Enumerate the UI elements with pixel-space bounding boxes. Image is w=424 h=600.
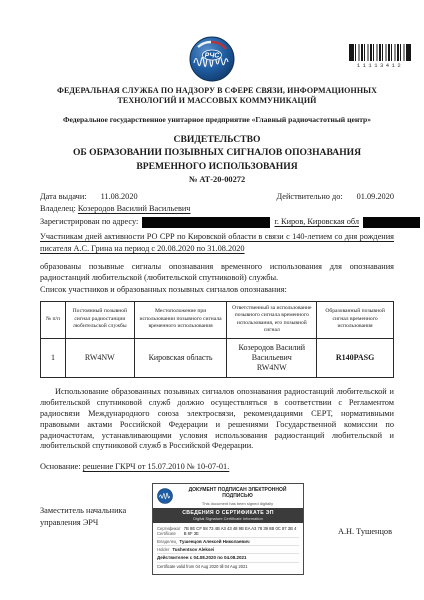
barcode-bars-icon bbox=[349, 44, 411, 61]
owner-row: Владелец: Козеродов Василий Васильевич bbox=[40, 203, 394, 215]
signer-name: А.Н. Тушенцов bbox=[304, 527, 394, 536]
document-number: № АТ-20-00272 bbox=[40, 175, 394, 184]
signer-position: Заместитель начальника управления ЭРЧ bbox=[40, 505, 152, 528]
col-header-formed-callsign: Образованный позывной сигнал временного … bbox=[317, 301, 394, 338]
basis-row: Основание: решение ГКРЧ от 15.07.2010 № … bbox=[40, 461, 394, 473]
address-value: г. Киров, Кировская обл bbox=[274, 215, 359, 228]
owner-label: Владелец: bbox=[40, 204, 76, 213]
stamp-title-en: This document has been signed digitally bbox=[176, 501, 299, 506]
holder-value-ru: Тушенцов Алексей Николаевич bbox=[179, 539, 249, 544]
basis-value: решение ГКРЧ от 15.07.2010 № 10-07-01. bbox=[83, 462, 230, 471]
barcode-number: 11113412 bbox=[348, 62, 412, 69]
signature-section: Заместитель начальника управления ЭРЧ ДО… bbox=[40, 483, 394, 575]
table-header-row: № п/п Постоянный позывной сигнал радиост… bbox=[41, 301, 394, 338]
stamp-title-ru: ДОКУМЕНТ ПОДПИСАН ЭЛЕКТРОННОЙ ПОДПИСЬЮ bbox=[176, 487, 299, 500]
table-row: 1 RW4NW Кировская область Козеродов Васи… bbox=[41, 338, 394, 377]
document-top: РЧС 11113412 bbox=[0, 0, 424, 86]
document-content: ФЕДЕРАЛЬНАЯ СЛУЖБА ПО НАДЗОРУ В СФЕРЕ СВ… bbox=[0, 86, 424, 575]
redaction-bar bbox=[142, 217, 270, 228]
certificate-document: РЧС 11113412 ФЕДЕРАЛЬНАЯ СЛУЖБА ПО НАДЗО… bbox=[0, 0, 424, 600]
responsible-name: Козеродов Василий Васильевич bbox=[239, 343, 306, 362]
owner-value: Козеродов Василий Васильевич bbox=[78, 204, 191, 213]
stamp-certificate-row: Сертификат Certificate 7B 8E CF 58 73 4B… bbox=[157, 525, 299, 538]
holder-label-ru: Владелец bbox=[157, 539, 176, 544]
validity-ru: Действителен с 04.08.2020 по 04.08.2021 bbox=[157, 555, 247, 561]
stamp-header: ДОКУМЕНТ ПОДПИСАН ЭЛЕКТРОННОЙ ПОДПИСЬЮ T… bbox=[153, 484, 303, 508]
stamp-cert-header: СВЕДЕНИЯ О СЕРТИФИКАТЕ ЭП Digital Signat… bbox=[153, 508, 303, 523]
basis-label: Основание: bbox=[40, 462, 81, 471]
stamp-validity-row-ru: Действителен с 04.08.2020 по 04.08.2021 bbox=[157, 554, 299, 563]
col-header-permanent-callsign: Постоянный позывной сигнал радиостанции … bbox=[65, 301, 134, 338]
validity-en: Certificate valid from 04 Aug 2020 till … bbox=[157, 564, 248, 569]
address-row: Зарегистрирован по адресу: г. Киров, Кир… bbox=[40, 215, 394, 228]
list-intro: Список участников и образованных позывны… bbox=[40, 284, 394, 296]
certificate-label-en: Certificate bbox=[157, 531, 176, 536]
cell-permanent-callsign: RW4NW bbox=[65, 338, 134, 377]
title-line-3: ВРЕМЕННОГО ИСПОЛЬЗОВАНИЯ bbox=[40, 160, 394, 174]
col-header-location: Местоположение при использовании позывно… bbox=[134, 301, 227, 338]
title-line-2: ОБ ОБРАЗОВАНИИ ПОЗЫВНЫХ СИГНАЛОВ ОПОЗНАВ… bbox=[40, 146, 394, 160]
rchc-logo-text: РЧС bbox=[205, 53, 221, 60]
redaction-bar bbox=[363, 217, 420, 228]
certificate-label: Сертификат Certificate bbox=[157, 526, 181, 536]
stamp-body: Сертификат Certificate 7B 8E CF 58 73 4B… bbox=[153, 523, 303, 574]
digital-signature-stamp: ДОКУМЕНТ ПОДПИСАН ЭЛЕКТРОННОЙ ПОДПИСЬЮ T… bbox=[152, 483, 304, 575]
agency-header: ФЕДЕРАЛЬНАЯ СЛУЖБА ПО НАДЗОРУ В СФЕРЕ СВ… bbox=[40, 86, 394, 107]
responsible-callsign: RW4NW bbox=[229, 363, 314, 373]
stamp-logo-icon bbox=[157, 488, 173, 504]
col-header-responsible: Ответственный за использование позывного… bbox=[227, 301, 317, 338]
title-line-1: СВИДЕТЕЛЬСТВО bbox=[40, 133, 394, 147]
certificate-value: 7B 8E CF 58 73 4B A3 43 48 9B EA A3 78 3… bbox=[184, 526, 299, 536]
holder-label-en: Holder bbox=[157, 547, 169, 552]
stamp-holder-row-ru: Владелец Тушенцов Алексей Николаевич bbox=[157, 538, 299, 546]
meta-section: Дата выдачи: 11.08.2020 Действительно до… bbox=[40, 191, 394, 255]
holder-value-en: Tushentsov Aleksei bbox=[172, 547, 214, 552]
col-header-num: № п/п bbox=[41, 301, 66, 338]
valid-until-label: Действительно до: bbox=[277, 191, 343, 203]
callsigns-table: № п/п Постоянный позывной сигнал радиост… bbox=[40, 301, 394, 378]
participants-paragraph: Участникам дней активности РО СРР по Кир… bbox=[40, 231, 394, 255]
signer-position-line1: Заместитель начальника bbox=[40, 505, 152, 517]
barcode: 11113412 bbox=[348, 44, 412, 69]
formed-paragraph: образованы позывные сигналы опознавания … bbox=[40, 261, 394, 284]
enterprise-header: Федеральное государственное унитарное пр… bbox=[40, 115, 394, 124]
issue-date-label: Дата выдачи: bbox=[40, 191, 87, 203]
document-title: СВИДЕТЕЛЬСТВО ОБ ОБРАЗОВАНИИ ПОЗЫВНЫХ СИ… bbox=[40, 133, 394, 184]
rchc-logo-graphic: РЧС bbox=[189, 36, 235, 82]
dates-row: Дата выдачи: 11.08.2020 Действительно до… bbox=[40, 191, 394, 203]
cell-responsible: Козеродов Василий Васильевич RW4NW bbox=[227, 338, 317, 377]
address-label: Зарегистрирован по адресу: bbox=[40, 215, 138, 228]
stamp-head-text: ДОКУМЕНТ ПОДПИСАН ЭЛЕКТРОННОЙ ПОДПИСЬЮ T… bbox=[176, 487, 299, 506]
usage-paragraph: Использование образованных позывных сигн… bbox=[40, 387, 394, 453]
stamp-holder-row-en: Holder Tushentsov Aleksei bbox=[157, 546, 299, 554]
stamp-validity-row-en: Certificate valid from 04 Aug 2020 till … bbox=[157, 563, 299, 570]
valid-until-value: 01.09.2020 bbox=[357, 191, 394, 203]
cell-location: Кировская область bbox=[134, 338, 227, 377]
cell-num: 1 bbox=[41, 338, 66, 377]
issue-date-value: 11.08.2020 bbox=[101, 191, 138, 203]
rchc-logo: РЧС bbox=[189, 36, 235, 82]
cell-formed-callsign: R140PASG bbox=[317, 338, 394, 377]
signer-position-line2: управления ЭРЧ bbox=[40, 517, 152, 529]
stamp-cert-header-en: Digital Signature Certificate Informatio… bbox=[154, 516, 302, 521]
